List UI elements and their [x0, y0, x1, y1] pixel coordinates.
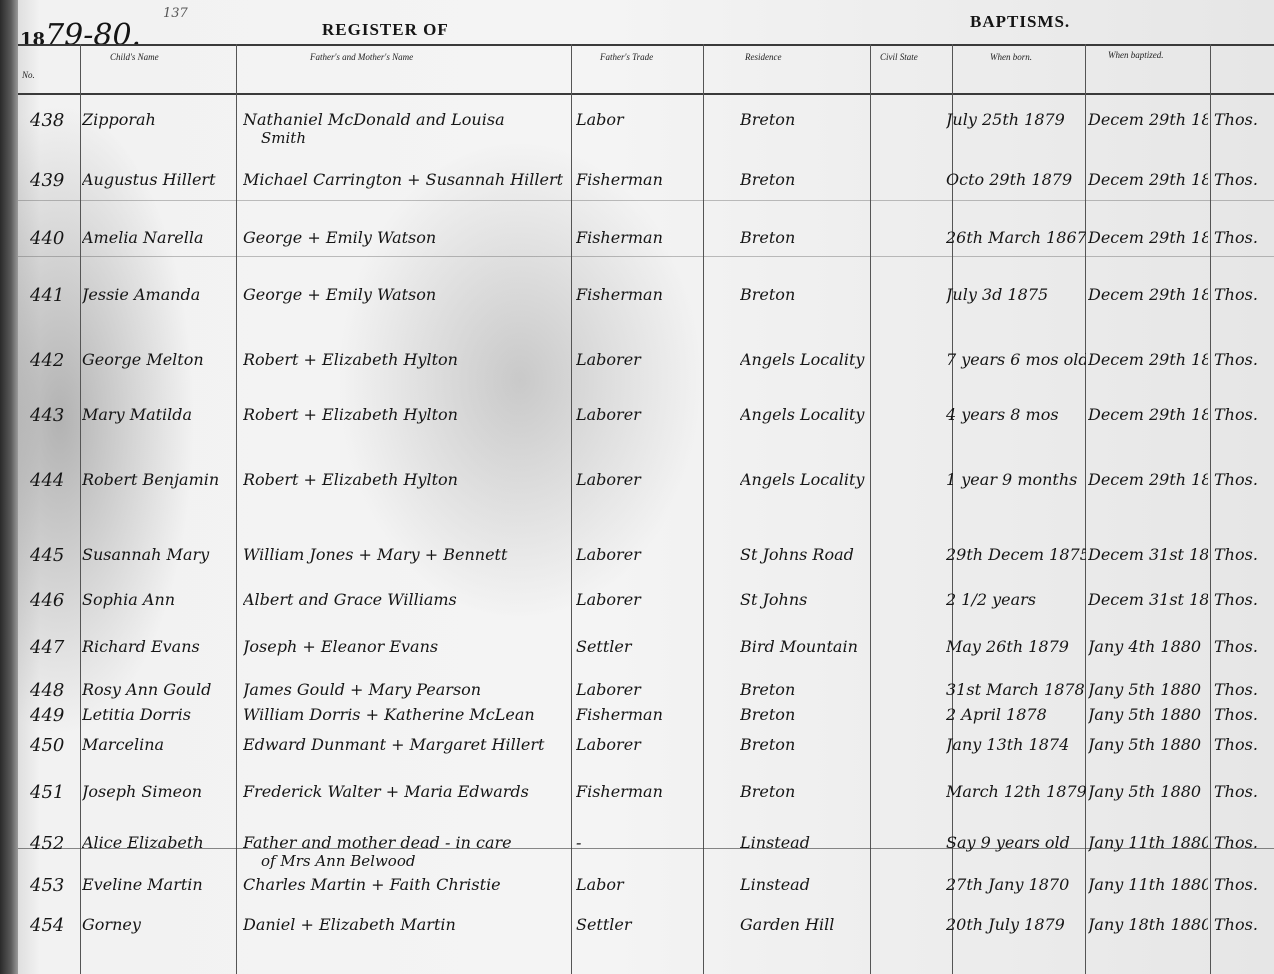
- father-trade: Fisherman: [576, 285, 701, 304]
- child-name: Robert Benjamin: [82, 470, 242, 489]
- entry-number: 451: [30, 782, 80, 803]
- register-entry: 440 Amelia Narella George + Emily Watson…: [0, 228, 1274, 258]
- date-born: 27th Jany 1870: [946, 875, 1086, 894]
- entry-number: 444: [30, 470, 80, 491]
- date-born: 2 1/2 years: [946, 590, 1086, 609]
- title-right: BAPTISMS.: [970, 12, 1070, 32]
- father-trade: Laborer: [576, 735, 701, 754]
- residence: Angels Locality: [740, 350, 870, 369]
- parents-names: Albert and Grace Williams: [243, 590, 568, 609]
- parents-names: Michael Carrington + Susannah Hillert: [243, 170, 568, 189]
- folio-note: 137: [163, 6, 188, 21]
- date-born: Say 9 years old: [946, 833, 1086, 852]
- residence: Angels Locality: [740, 405, 870, 424]
- father-trade: Fisherman: [576, 170, 701, 189]
- father-trade: Fisherman: [576, 228, 701, 247]
- date-baptized: Decem 29th 1879: [1088, 350, 1208, 369]
- date-born: 26th March 1867: [946, 228, 1086, 247]
- parents-names: James Gould + Mary Pearson: [243, 680, 568, 699]
- residence: Breton: [740, 705, 870, 724]
- child-name: George Melton: [82, 350, 242, 369]
- register-entry: 453 Eveline Martin Charles Martin + Fait…: [0, 875, 1274, 905]
- parents-names: Edward Dunmant + Margaret Hillert: [243, 735, 568, 754]
- register-entry: 449 Letitia Dorris William Dorris + Kath…: [0, 705, 1274, 735]
- child-name: Jessie Amanda: [82, 285, 242, 304]
- officiant: Thos.: [1214, 110, 1274, 129]
- register-entry: 438 Zipporah Nathaniel McDonald and Loui…: [0, 110, 1274, 140]
- date-born: 20th July 1879: [946, 915, 1086, 934]
- parents-names: Daniel + Elizabeth Martin: [243, 915, 568, 934]
- date-baptized: Decem 29th 1879: [1088, 228, 1208, 247]
- register-entry: 451 Joseph Simeon Frederick Walter + Mar…: [0, 782, 1274, 812]
- officiant: Thos.: [1214, 590, 1274, 609]
- parents-names: William Dorris + Katherine McLean: [243, 705, 568, 724]
- parents-names: Charles Martin + Faith Christie: [243, 875, 568, 894]
- entry-number: 438: [30, 110, 80, 131]
- residence: Breton: [740, 110, 870, 129]
- residence: Breton: [740, 782, 870, 801]
- father-trade: Settler: [576, 637, 701, 656]
- entry-number: 440: [30, 228, 80, 249]
- date-born: May 26th 1879: [946, 637, 1086, 656]
- register-entry: 442 George Melton Robert + Elizabeth Hyl…: [0, 350, 1274, 380]
- child-name: Mary Matilda: [82, 405, 242, 424]
- entry-number: 450: [30, 735, 80, 756]
- date-baptized: Jany 18th 1880: [1088, 915, 1208, 934]
- date-baptized: Jany 4th 1880: [1088, 637, 1208, 656]
- register-entry: 452 Alice Elizabeth Father and mother de…: [0, 833, 1274, 863]
- child-name: Joseph Simeon: [82, 782, 242, 801]
- colhead-child: Child's Name: [110, 52, 159, 62]
- entry-number: 448: [30, 680, 80, 701]
- date-born: Jany 13th 1874: [946, 735, 1086, 754]
- officiant: Thos.: [1214, 915, 1274, 934]
- parents-names: George + Emily Watson: [243, 285, 568, 304]
- entry-number: 454: [30, 915, 80, 936]
- father-trade: -: [576, 833, 701, 852]
- entry-number: 452: [30, 833, 80, 854]
- colhead-baptized: When baptized.: [1108, 50, 1164, 60]
- officiant: Thos.: [1214, 545, 1274, 564]
- officiant: Thos.: [1214, 350, 1274, 369]
- date-baptized: Decem 31st 1879: [1088, 590, 1208, 609]
- father-trade: Labor: [576, 875, 701, 894]
- entry-number: 439: [30, 170, 80, 191]
- date-baptized: Jany 5th 1880: [1088, 680, 1208, 699]
- officiant: Thos.: [1214, 637, 1274, 656]
- date-born: July 25th 1879: [946, 110, 1086, 129]
- residence: Bird Mountain: [740, 637, 870, 656]
- child-name: Zipporah: [82, 110, 242, 129]
- register-entry: 454 Gorney Daniel + Elizabeth Martin Set…: [0, 915, 1274, 945]
- child-name: Sophia Ann: [82, 590, 242, 609]
- date-baptized: Decem 29th 1879: [1088, 110, 1208, 129]
- child-name: Rosy Ann Gould: [82, 680, 242, 699]
- entry-number: 442: [30, 350, 80, 371]
- child-name: Gorney: [82, 915, 242, 934]
- officiant: Thos.: [1214, 782, 1274, 801]
- date-born: 4 years 8 mos: [946, 405, 1086, 424]
- date-baptized: Jany 11th 1880: [1088, 833, 1208, 852]
- residence: St Johns: [740, 590, 870, 609]
- residence: St Johns Road: [740, 545, 870, 564]
- father-trade: Fisherman: [576, 705, 701, 724]
- father-trade: Labor: [576, 110, 701, 129]
- entry-number: 453: [30, 875, 80, 896]
- residence: Breton: [740, 735, 870, 754]
- parents-names: Robert + Elizabeth Hylton: [243, 405, 568, 424]
- officiant: Thos.: [1214, 735, 1274, 754]
- residence: Angels Locality: [740, 470, 870, 489]
- register-entry: 443 Mary Matilda Robert + Elizabeth Hylt…: [0, 405, 1274, 435]
- colhead-residence: Residence: [745, 52, 781, 62]
- father-trade: Laborer: [576, 545, 701, 564]
- entry-number: 446: [30, 590, 80, 611]
- father-trade: Settler: [576, 915, 701, 934]
- date-born: July 3d 1875: [946, 285, 1086, 304]
- date-baptized: Decem 29th 1879: [1088, 285, 1208, 304]
- register-page: 1879-80. 137 REGISTER OF BAPTISMS. No. C…: [0, 0, 1274, 974]
- parents-names: Robert + Elizabeth Hylton: [243, 350, 568, 369]
- child-name: Letitia Dorris: [82, 705, 242, 724]
- parents-names: Nathaniel McDonald and LouisaSmith: [243, 110, 568, 147]
- officiant: Thos.: [1214, 680, 1274, 699]
- officiant: Thos.: [1214, 170, 1274, 189]
- date-baptized: Jany 5th 1880: [1088, 735, 1208, 754]
- parents-names: George + Emily Watson: [243, 228, 568, 247]
- father-trade: Fisherman: [576, 782, 701, 801]
- register-entry: 441 Jessie Amanda George + Emily Watson …: [0, 285, 1274, 315]
- date-baptized: Decem 29th 1879: [1088, 405, 1208, 424]
- register-entry: 445 Susannah Mary William Jones + Mary +…: [0, 545, 1274, 575]
- colhead-born: When born.: [990, 52, 1032, 62]
- parents-names: William Jones + Mary + Bennett: [243, 545, 568, 564]
- date-baptized: Jany 11th 1880: [1088, 875, 1208, 894]
- date-born: 2 April 1878: [946, 705, 1086, 724]
- title-left: REGISTER OF: [322, 20, 449, 40]
- officiant: Thos.: [1214, 705, 1274, 724]
- child-name: Richard Evans: [82, 637, 242, 656]
- father-trade: Laborer: [576, 405, 701, 424]
- residence: Breton: [740, 680, 870, 699]
- colhead-parents: Father's and Mother's Name: [310, 52, 413, 62]
- father-trade: Laborer: [576, 470, 701, 489]
- register-entry: 444 Robert Benjamin Robert + Elizabeth H…: [0, 470, 1274, 500]
- date-born: 1 year 9 months: [946, 470, 1086, 489]
- officiant: Thos.: [1214, 228, 1274, 247]
- entry-number: 441: [30, 285, 80, 306]
- parents-names: Joseph + Eleanor Evans: [243, 637, 568, 656]
- date-born: 29th Decem 1875: [946, 545, 1086, 564]
- child-name: Alice Elizabeth: [82, 833, 242, 852]
- entry-number: 443: [30, 405, 80, 426]
- register-entry: 446 Sophia Ann Albert and Grace Williams…: [0, 590, 1274, 620]
- entry-number: 445: [30, 545, 80, 566]
- residence: Breton: [740, 285, 870, 304]
- entry-number: 447: [30, 637, 80, 658]
- date-baptized: Jany 5th 1880: [1088, 705, 1208, 724]
- child-name: Augustus Hillert: [82, 170, 242, 189]
- residence: Breton: [740, 170, 870, 189]
- father-trade: Laborer: [576, 350, 701, 369]
- colhead-civil: Civil State: [880, 52, 918, 62]
- date-baptized: Decem 29th 1879: [1088, 170, 1208, 189]
- officiant: Thos.: [1214, 875, 1274, 894]
- entry-number: 449: [30, 705, 80, 726]
- date-born: Octo 29th 1879: [946, 170, 1086, 189]
- officiant: Thos.: [1214, 470, 1274, 489]
- date-born: March 12th 1879: [946, 782, 1086, 801]
- officiant: Thos.: [1214, 285, 1274, 304]
- register-entry: 447 Richard Evans Joseph + Eleanor Evans…: [0, 637, 1274, 667]
- register-entry: 450 Marcelina Edward Dunmant + Margaret …: [0, 735, 1274, 765]
- date-baptized: Decem 31st 1879: [1088, 545, 1208, 564]
- date-baptized: Decem 29th 1879: [1088, 470, 1208, 489]
- residence: Linstead: [740, 875, 870, 894]
- date-born: 7 years 6 mos old: [946, 350, 1086, 369]
- date-baptized: Jany 5th 1880: [1088, 782, 1208, 801]
- parents-names: Robert + Elizabeth Hylton: [243, 470, 568, 489]
- child-name: Eveline Martin: [82, 875, 242, 894]
- residence: Linstead: [740, 833, 870, 852]
- father-trade: Laborer: [576, 590, 701, 609]
- child-name: Susannah Mary: [82, 545, 242, 564]
- officiant: Thos.: [1214, 405, 1274, 424]
- parents-names: Frederick Walter + Maria Edwards: [243, 782, 568, 801]
- residence: Garden Hill: [740, 915, 870, 934]
- residence: Breton: [740, 228, 870, 247]
- colhead-trade: Father's Trade: [600, 52, 653, 62]
- child-name: Marcelina: [82, 735, 242, 754]
- parents-names: Father and mother dead - in careof Mrs A…: [243, 833, 568, 870]
- register-entry: 439 Augustus Hillert Michael Carrington …: [0, 170, 1274, 200]
- officiant: Thos.: [1214, 833, 1274, 852]
- child-name: Amelia Narella: [82, 228, 242, 247]
- colhead-no: No.: [22, 70, 35, 80]
- father-trade: Laborer: [576, 680, 701, 699]
- date-born: 31st March 1878: [946, 680, 1086, 699]
